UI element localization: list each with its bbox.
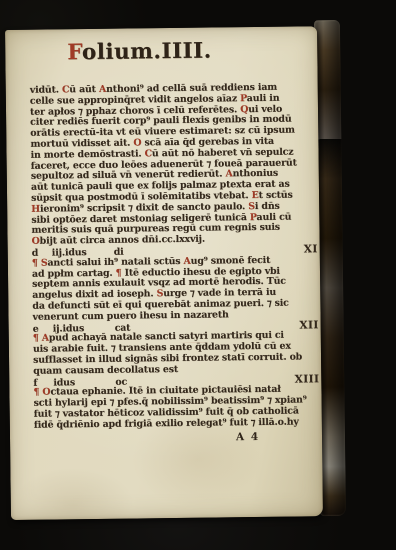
rubricated-segment: H bbox=[31, 203, 40, 214]
quire-signature: A 4 bbox=[236, 431, 260, 443]
rubricated-segment: F bbox=[67, 40, 82, 65]
text-segment: i dn̄s bbox=[255, 201, 280, 212]
text-segment: vidūt. bbox=[30, 84, 62, 95]
text-segment: in morte demōstrasti. bbox=[30, 148, 144, 160]
text-segment: angelus dixit ad ioseph. bbox=[32, 288, 156, 301]
text-segment: olium.IIII. bbox=[82, 39, 212, 66]
text-segment: scā aīa q̄d gerebas in vita bbox=[141, 136, 274, 148]
text-segment: mortuū vidisset ait. bbox=[30, 137, 133, 149]
text-segment: ui velo bbox=[248, 104, 282, 115]
text-line: fidē q̄driēnio apd frigiā exilio relegat… bbox=[34, 417, 320, 431]
text-segment: nthonius bbox=[232, 169, 278, 180]
text-segment: Itē eductio ihesu de egipto vbi bbox=[121, 266, 280, 278]
text-segment: ancti salui ih⁹ natali sctūs bbox=[47, 256, 183, 269]
rubricated-segment: O bbox=[133, 137, 141, 148]
text-segment: auli cū bbox=[256, 212, 291, 223]
text-segment: ug⁹ smonē fecit bbox=[191, 255, 271, 267]
rubricated-segment: C bbox=[62, 84, 69, 95]
rubricated-segment: O bbox=[32, 236, 40, 247]
text-segment: pud achayā natale sancti bbox=[49, 331, 179, 344]
text-segment: martiris qui ci bbox=[208, 331, 284, 342]
text-segment: ū aūt nō haberet vn̄ sepulcz bbox=[152, 147, 294, 159]
text-segment: fidē q̄driēnio apd frigiā exilio relegat… bbox=[34, 417, 299, 430]
calendar-numeral: XII bbox=[299, 320, 318, 331]
calendar-numeral: XIII bbox=[295, 374, 320, 385]
text-segment: t sctūs bbox=[259, 190, 293, 201]
calendar-letter: f bbox=[33, 378, 53, 388]
text-segment: auli in bbox=[247, 93, 280, 104]
calendar-letter: e bbox=[33, 324, 53, 334]
text-segment: ad ppłm cartag. bbox=[32, 267, 116, 279]
calendar-letter: d bbox=[32, 248, 52, 258]
photo-background: Folium.IIII. vidūt. Cū aūt Anthoni⁹ ad c… bbox=[0, 0, 396, 550]
book: Folium.IIII. vidūt. Cū aūt Anthoni⁹ ad c… bbox=[2, 20, 346, 526]
text-segment: urge ⁊ vade in terrā iu bbox=[163, 287, 276, 299]
text-segment: bijt aūt circa annos dn̄i.cc.lxxvij. bbox=[40, 234, 206, 247]
calendar-numeral: XI bbox=[304, 244, 318, 255]
folio-header: Folium.IIII. bbox=[67, 39, 212, 71]
text-segment: quam causam decollatus est bbox=[33, 364, 178, 377]
rubricated-segment: O bbox=[42, 387, 50, 398]
text-segment: ū aūt bbox=[69, 84, 99, 95]
text-segment: sufflasset in illud signās sibi frontez … bbox=[33, 352, 302, 365]
book-page: Folium.IIII. vidūt. Cū aūt Anthoni⁹ ad c… bbox=[5, 26, 323, 520]
text-block: vidūt. Cū aūt Anthoni⁹ ad cellā suā redd… bbox=[30, 82, 320, 431]
